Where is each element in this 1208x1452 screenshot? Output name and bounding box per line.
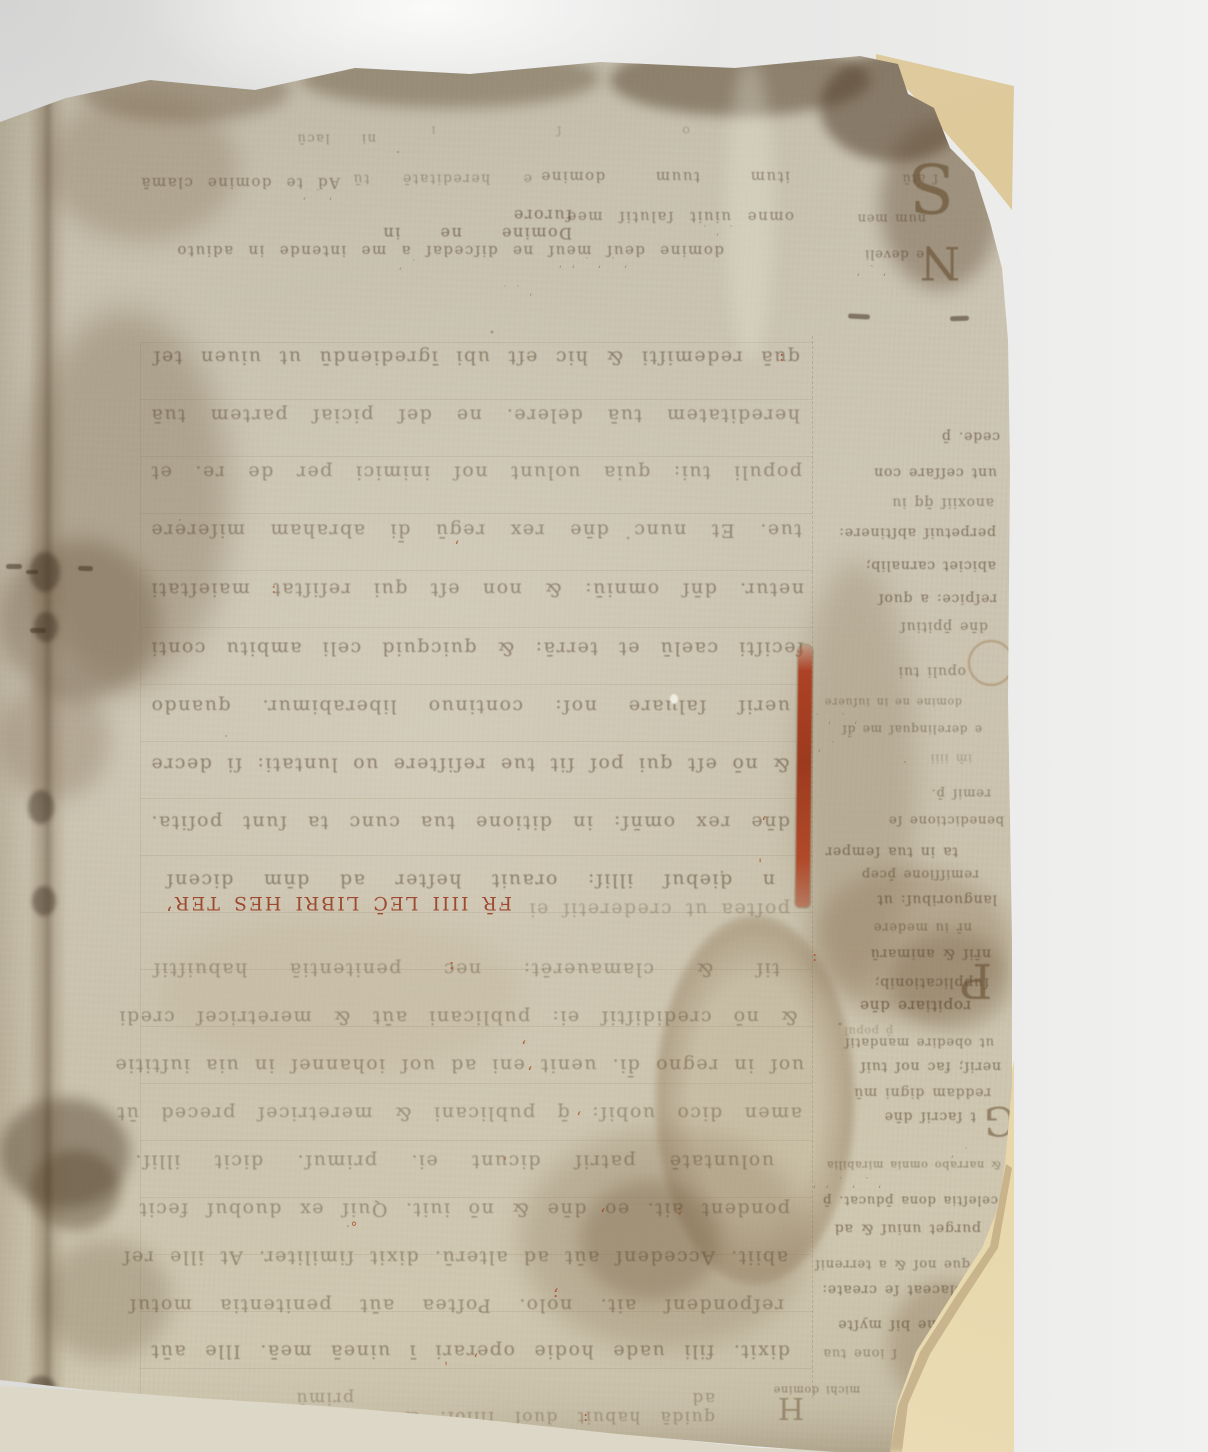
rubric-hester: FR̄ IIII LEC̄ LIBRI HES TERʼ: [240, 892, 512, 914]
initials-item: N: [920, 240, 960, 286]
parchment-slit: [950, 316, 969, 322]
initials-item: S: [908, 152, 955, 220]
initials-item: P: [960, 956, 992, 1004]
sewing-hole: [6, 564, 22, 569]
parchment-fleck: [670, 694, 678, 704]
sewing-hole: [30, 628, 46, 633]
manuscript-photo: o ſ ıni lacūitum tuum dominee hereditatē…: [0, 0, 1208, 1452]
sewing-hole: [78, 566, 93, 572]
red-initial-i: [796, 645, 813, 907]
initials-item: H: [778, 1392, 804, 1422]
parchment-slit: [848, 313, 870, 319]
sewing-hole: [26, 570, 38, 574]
library-stamp: [968, 640, 1014, 686]
